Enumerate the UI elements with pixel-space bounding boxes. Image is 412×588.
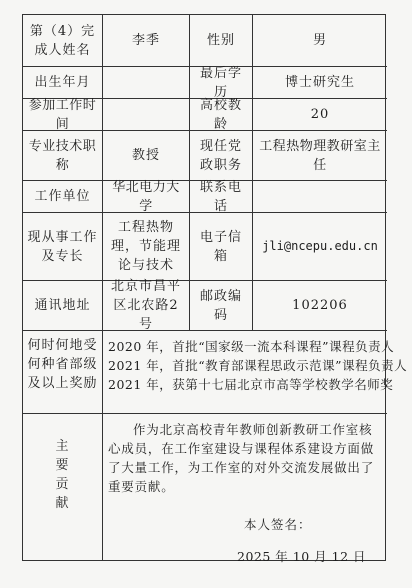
- award-member-form-table: 第（4）完成人姓名 李季 性别 男 出生年月 最后学历 博士研究生 参加工作时间…: [22, 14, 386, 561]
- awards-label: 何时何地受何种省部级及以上奖励: [23, 331, 103, 414]
- education-label: 最后学历: [190, 67, 253, 99]
- email-value: jli@ncepu.edu.cn: [253, 213, 387, 281]
- contribution-text: 作为北京高校青年教师创新教研工作室核心成员，在工作室建设与课程体系建设方面做了大…: [108, 420, 381, 496]
- education-value: 博士研究生: [253, 67, 387, 99]
- email-label: 电子信箱: [190, 213, 253, 281]
- gender-label: 性别: [190, 15, 253, 67]
- phone-value: [253, 181, 387, 213]
- contribution-label: 主 要 贡 献: [23, 414, 103, 560]
- professional-title-label: 专业技术职称: [23, 131, 103, 181]
- teaching-years-value: 20: [253, 99, 387, 131]
- birth-label: 出生年月: [23, 67, 103, 99]
- award-item: 2021 年，首批“教育部课程思政示范课”课程负责人: [108, 356, 407, 375]
- birth-value: [103, 67, 190, 99]
- address-value: 北京市昌平区北农路2号: [103, 281, 190, 331]
- work-unit-label: 工作单位: [23, 181, 103, 213]
- signature-date: 2025 年 10 月 12 日: [237, 547, 366, 566]
- award-item: 2020 年，首批“国家级一流本科课程”课程负责人: [108, 337, 394, 356]
- awards-list: 2020 年，首批“国家级一流本科课程”课程负责人 2021 年，首批“教育部课…: [103, 331, 387, 414]
- work-start-value: [103, 99, 190, 131]
- award-item: 2021 年，获第十七届北京市高等学校教学名师奖: [108, 375, 393, 394]
- work-start-label: 参加工作时间: [23, 99, 103, 131]
- work-unit-value: 华北电力大学: [103, 181, 190, 213]
- current-post-label: 现任党政职务: [190, 131, 253, 181]
- specialty-value: 工程热物理，节能理论与技术: [103, 213, 190, 281]
- contribution-content: 作为北京高校青年教师创新教研工作室核心成员，在工作室建设与课程体系建设方面做了大…: [103, 414, 387, 560]
- teaching-years-label: 高校教龄: [190, 99, 253, 131]
- signature-label: 本人签名：: [244, 515, 312, 534]
- professional-title-value: 教授: [103, 131, 190, 181]
- zip-label: 邮政编码: [190, 281, 253, 331]
- address-label: 通讯地址: [23, 281, 103, 331]
- phone-label: 联系电话: [190, 181, 253, 213]
- name-value: 李季: [103, 15, 190, 67]
- zip-value: 102206: [253, 281, 387, 331]
- current-post-value: 工程热物理教研室主任: [253, 131, 387, 181]
- name-label: 第（4）完成人姓名: [23, 15, 103, 67]
- gender-value: 男: [253, 15, 387, 67]
- specialty-label: 现从事工作及专长: [23, 213, 103, 281]
